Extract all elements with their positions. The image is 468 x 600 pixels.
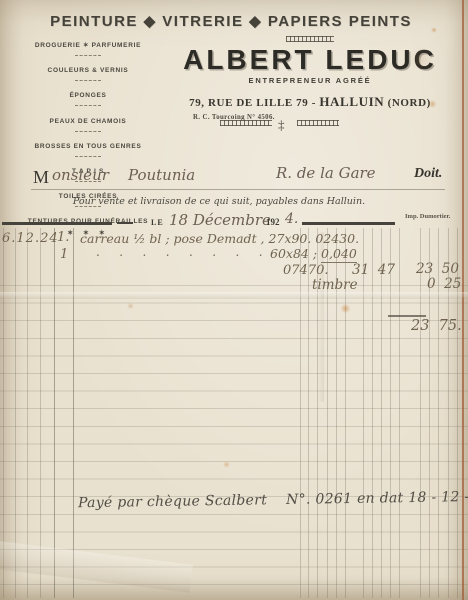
service-label: ÉPONGES <box>69 92 106 99</box>
service-item: ÉPONGES <box>24 84 152 106</box>
column-line <box>300 228 301 598</box>
ornament-rule <box>286 36 334 42</box>
address-city: HALLUIN <box>319 94 384 109</box>
maker-mark-icon: ‡ <box>278 118 285 131</box>
foxing-stain <box>431 27 437 33</box>
calc-amount: 23 50 <box>416 261 459 277</box>
printer-credit: Imp. Dumortier. <box>405 213 450 220</box>
handwritten-client-name: onsieur Poutunia <box>52 166 195 184</box>
invoice-document: PEINTURE ◆ VITRERIE ◆ PAPIERS PEINTS DRO… <box>0 0 468 600</box>
column-line <box>399 228 400 598</box>
service-item: DROGUERIE ✶ PARFUMERIE <box>24 34 152 56</box>
fold-crease <box>318 232 324 402</box>
service-label: DROGUERIE ✶ PARFUMERIE <box>35 42 141 49</box>
service-item: BROSSES EN TOUS GENRES <box>24 135 152 157</box>
entry-description: 60x84 ; 0,040 <box>270 246 357 261</box>
address-prefix: 79, RUE DE LILLE 79 - <box>189 97 319 109</box>
trade-registration: R. C. Tourcoing N° 4506. <box>193 114 275 121</box>
ornament-rule <box>220 120 272 126</box>
foxing-stain <box>408 48 434 70</box>
masthead-tagline: PEINTURE ◆ VITRERIE ◆ PAPIERS PEINTS <box>0 12 462 30</box>
service-item: PEAUX DE CHAMOIS <box>24 110 152 132</box>
column-line <box>363 228 364 598</box>
handwritten-client-street: R. de la Gare <box>276 164 376 182</box>
column-line <box>73 228 74 598</box>
horizontal-rules <box>0 285 468 594</box>
column-line <box>40 228 41 598</box>
column-line <box>381 228 382 598</box>
service-label: COULEURS & VERNIS <box>48 67 129 74</box>
salutation-underline <box>31 189 445 190</box>
column-line <box>420 228 421 598</box>
column-line <box>390 228 391 598</box>
divider <box>75 80 101 81</box>
foxing-stain <box>428 100 437 108</box>
column-line <box>27 228 28 598</box>
service-label: BROSSES EN TOUS GENRES <box>34 143 141 150</box>
rule-dash <box>117 222 133 224</box>
printed-year: 192 <box>266 217 280 227</box>
red-margin-line <box>462 0 464 600</box>
column-line <box>372 228 373 598</box>
ornament-row: ‡ <box>162 118 458 138</box>
address-suffix: (NORD) <box>384 97 431 109</box>
printed-m: M <box>33 167 49 188</box>
divider <box>75 105 101 106</box>
foxing-stain <box>127 303 134 309</box>
total-rule <box>388 315 426 317</box>
divider <box>75 55 101 56</box>
terms-line: Pour vente et livraison de ce qui suit, … <box>0 196 438 207</box>
business-address: 79, RUE DE LILLE 79 - HALLUIN (NORD) <box>162 94 458 110</box>
doit-label: Doit. <box>414 166 442 182</box>
column-line <box>308 228 309 598</box>
handwritten-date: 18 Décembre <box>169 211 271 229</box>
divider <box>75 131 101 132</box>
service-label: PEAUX DE CHAMOIS <box>50 118 127 125</box>
foxing-stain <box>340 304 351 313</box>
stamp-amount: 0 25 <box>427 276 461 292</box>
column-line <box>54 228 55 598</box>
foxing-stain <box>223 461 230 468</box>
entry-qty: 1 <box>60 247 68 262</box>
entry-date: 6.12.24 <box>2 231 59 246</box>
entry-price: 0,040 <box>321 246 357 263</box>
date-le-label: LE <box>151 218 164 227</box>
service-item: TENTURES POUR FUNÉRAILLES <box>24 210 152 228</box>
ditto-marks: . . . . . . . . <box>96 245 265 259</box>
rule-bar <box>302 222 395 225</box>
service-item: COULEURS & VERNIS <box>24 59 152 81</box>
handwritten-year-digit: 4. <box>285 211 298 227</box>
rule-bar <box>2 222 112 225</box>
business-role: ENTREPRENEUR AGRÉÉ <box>162 76 458 85</box>
entry-qty: 1. <box>57 230 69 245</box>
fold-crease <box>0 292 468 299</box>
divider <box>75 156 101 157</box>
calc-subtotal: 31 47 <box>352 262 395 278</box>
ornament-rule <box>297 120 339 126</box>
total-amount: 23 75. <box>411 318 462 334</box>
entry-dims: 60x84 ; <box>270 246 321 261</box>
